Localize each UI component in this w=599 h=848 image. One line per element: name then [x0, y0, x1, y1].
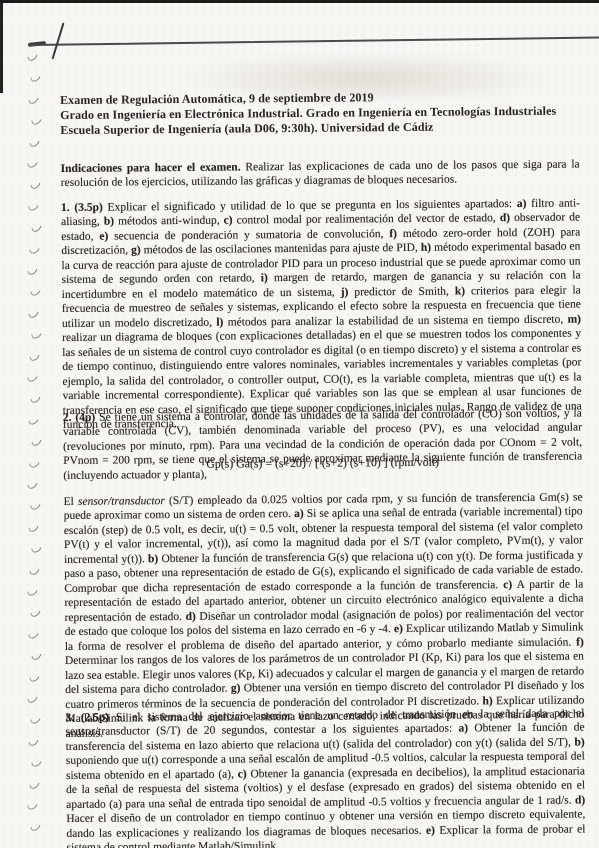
instructions-paragraph: Indicaciones para hacer el examen. Reali… — [61, 157, 580, 191]
exam-header: Examen de Regulación Automática, 9 de se… — [60, 88, 579, 138]
exam-school-line: Escuela Superior de Ingeniería (aula D06… — [60, 119, 579, 139]
question-3: 3. (2.5p) Si el sistema del ejercicio an… — [65, 706, 585, 848]
exam-document: Examen de Regulación Automática, 9 de se… — [0, 0, 599, 848]
question-1: 1. (3.5p) Explicar el significado y util… — [61, 196, 582, 433]
question-2-body: El sensor/transductor (S/T) empleado da … — [63, 490, 584, 741]
scanned-exam-page: { "header": { "line1": "Examen de Regula… — [0, 0, 599, 848]
